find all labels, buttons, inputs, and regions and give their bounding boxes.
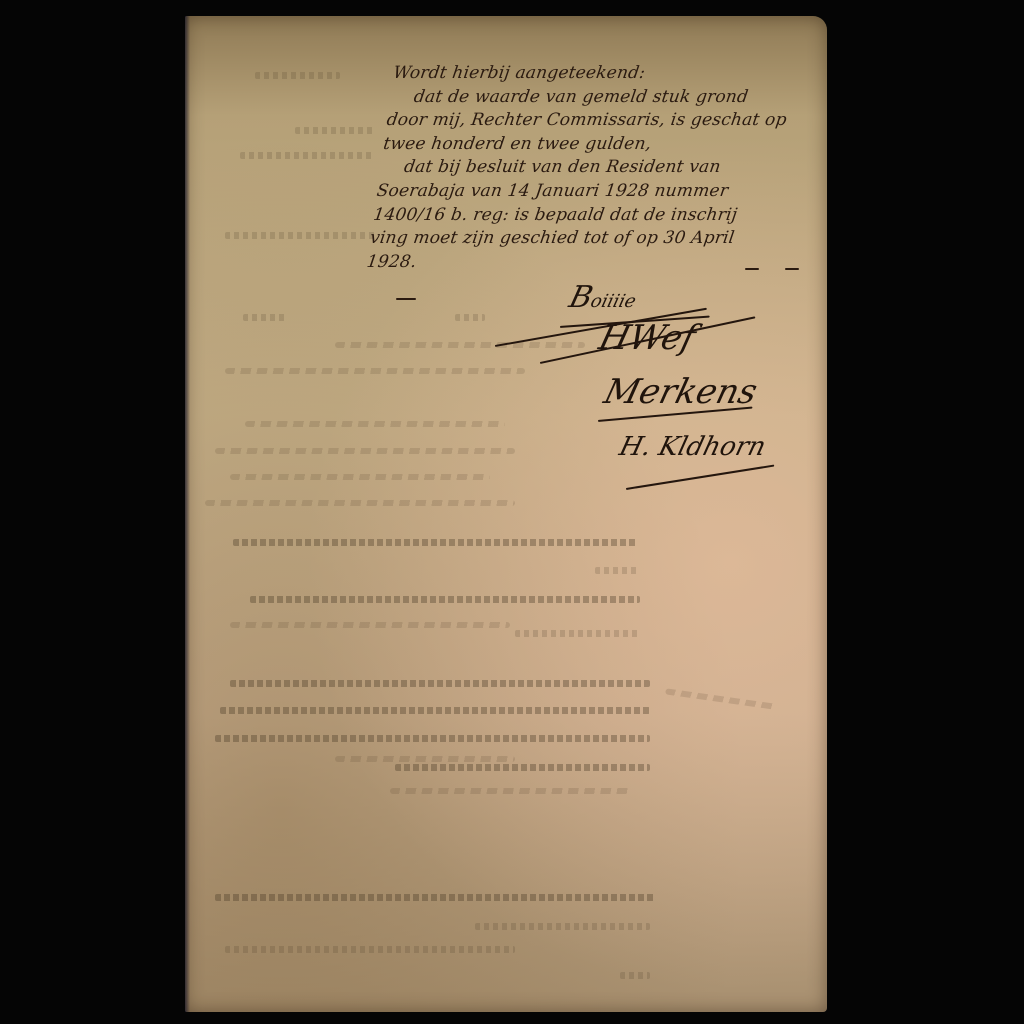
- bleed-through-handwriting: [245, 421, 505, 427]
- note-line: door mij, Rechter Commissaris, is gescha…: [385, 109, 828, 133]
- bleed-through-line: [515, 630, 640, 637]
- bleed-through-handwriting: [205, 500, 515, 506]
- bleed-through-handwriting: [225, 368, 525, 374]
- note-line: dat de waarde van gemeld stuk grond: [388, 86, 831, 110]
- bleed-through-line: [215, 894, 655, 901]
- bleed-through-line: [233, 539, 638, 546]
- note-end-mark: [396, 298, 416, 300]
- note-end-mark: [785, 268, 799, 270]
- note-end-mark: [745, 268, 759, 270]
- bleed-through-line: [230, 680, 650, 687]
- handwritten-note: Wordt hierbij aangeteekend: dat de waard…: [365, 62, 835, 274]
- signature-name: H. Kldhorn: [616, 432, 769, 462]
- bleed-through-handwriting: [215, 448, 515, 454]
- note-line: twee honderd en twee gulden,: [382, 133, 825, 157]
- bleed-through-line: [215, 735, 650, 742]
- note-line: 1400/16 b. reg: is bepaald dat de inschr…: [372, 204, 815, 228]
- bleed-through-line: [620, 972, 650, 979]
- bleed-through-handwriting: [230, 474, 490, 480]
- bleed-through-handwriting: [335, 342, 585, 348]
- note-line: Soerabaja van 14 Januari 1928 nummer: [375, 180, 818, 204]
- bleed-through-line: [455, 314, 485, 321]
- bleed-through-line: [250, 596, 640, 603]
- bleed-through-handwriting: [665, 688, 775, 709]
- signature: Merkens: [600, 372, 761, 412]
- bleed-through-line: [475, 923, 650, 930]
- note-line: 1928.: [365, 251, 808, 275]
- signature: H. Kldhorn: [616, 432, 769, 462]
- signature-name: Merkens: [600, 372, 761, 412]
- note-line: Wordt hierbij aangeteekend:: [392, 62, 835, 86]
- bleed-through-line: [243, 314, 288, 321]
- bleed-through-line: [295, 127, 375, 134]
- bleed-through-line: [395, 764, 650, 771]
- bleed-through-line: [225, 232, 375, 239]
- bleed-through-handwriting: [335, 756, 515, 762]
- bleed-through-line: [595, 567, 640, 574]
- note-line: ving moet zijn geschied tot of op 30 Apr…: [368, 227, 811, 251]
- bleed-through-handwriting: [230, 622, 510, 628]
- bleed-through-line: [225, 946, 515, 953]
- signature: Boisé (illegible)Boiiiie: [566, 280, 641, 315]
- bleed-through-line: [255, 72, 340, 79]
- bleed-through-line: [220, 707, 650, 714]
- bleed-through-line: [240, 152, 375, 159]
- bleed-through-handwriting: [390, 788, 630, 794]
- note-line: dat bij besluit van den Resident van: [378, 156, 821, 180]
